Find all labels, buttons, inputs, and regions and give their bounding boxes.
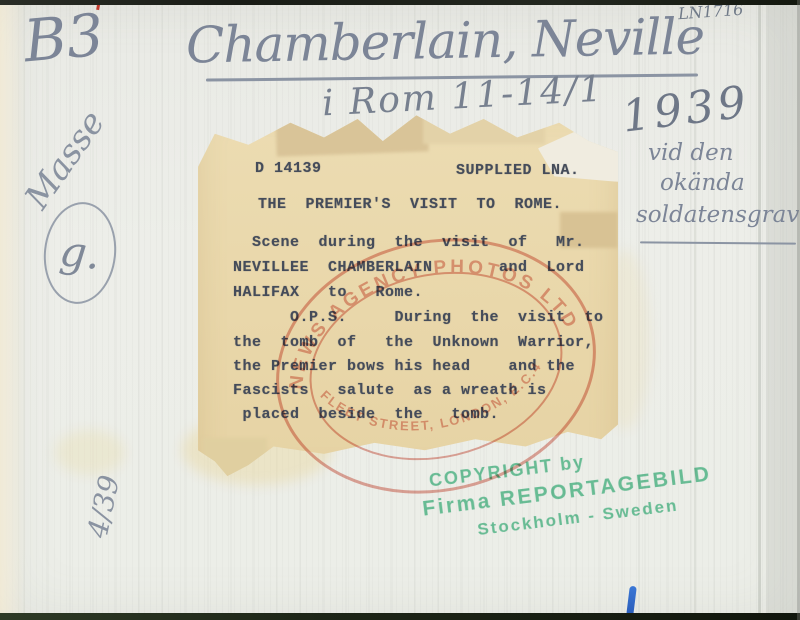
handwritten-left-note: Masse bbox=[17, 103, 113, 216]
label-ref-number: D 14139 bbox=[255, 160, 322, 177]
handwritten-right-note: vid den bbox=[648, 140, 734, 166]
paper-warm-edge bbox=[0, 0, 26, 620]
photo-verso: D 14139 SUPPLIED LNA. THE PREMIER'S VISI… bbox=[0, 0, 800, 620]
handwritten-bottom-mark: 4/39 bbox=[81, 472, 126, 540]
paper-gray-band bbox=[766, 0, 800, 620]
handwritten-code-b3: B3 bbox=[21, 1, 106, 76]
handwritten-subject-name: Chamberlain, Neville bbox=[186, 7, 705, 74]
blue-pen-stroke bbox=[626, 586, 637, 617]
right-note-underline bbox=[640, 241, 796, 244]
svg-text:FLEET STREET, LONDON, E.C.4: FLEET STREET, LONDON, E.C.4 bbox=[316, 339, 554, 457]
handwritten-right-note: okända bbox=[660, 170, 745, 196]
handwritten-right-note: soldatensgrav bbox=[636, 202, 799, 228]
paper-crease bbox=[758, 0, 761, 620]
stamp-arc-bottom-text: FLEET STREET, LONDON, E.C.4 bbox=[316, 339, 554, 457]
circled-letter-mark: g. bbox=[39, 199, 121, 308]
photo-edge-top bbox=[0, 0, 800, 5]
paper-stain bbox=[55, 430, 125, 475]
label-supplied-by: SUPPLIED LNA. bbox=[456, 162, 580, 179]
circled-letter: g. bbox=[57, 226, 102, 279]
photo-edge-bottom bbox=[0, 613, 800, 620]
